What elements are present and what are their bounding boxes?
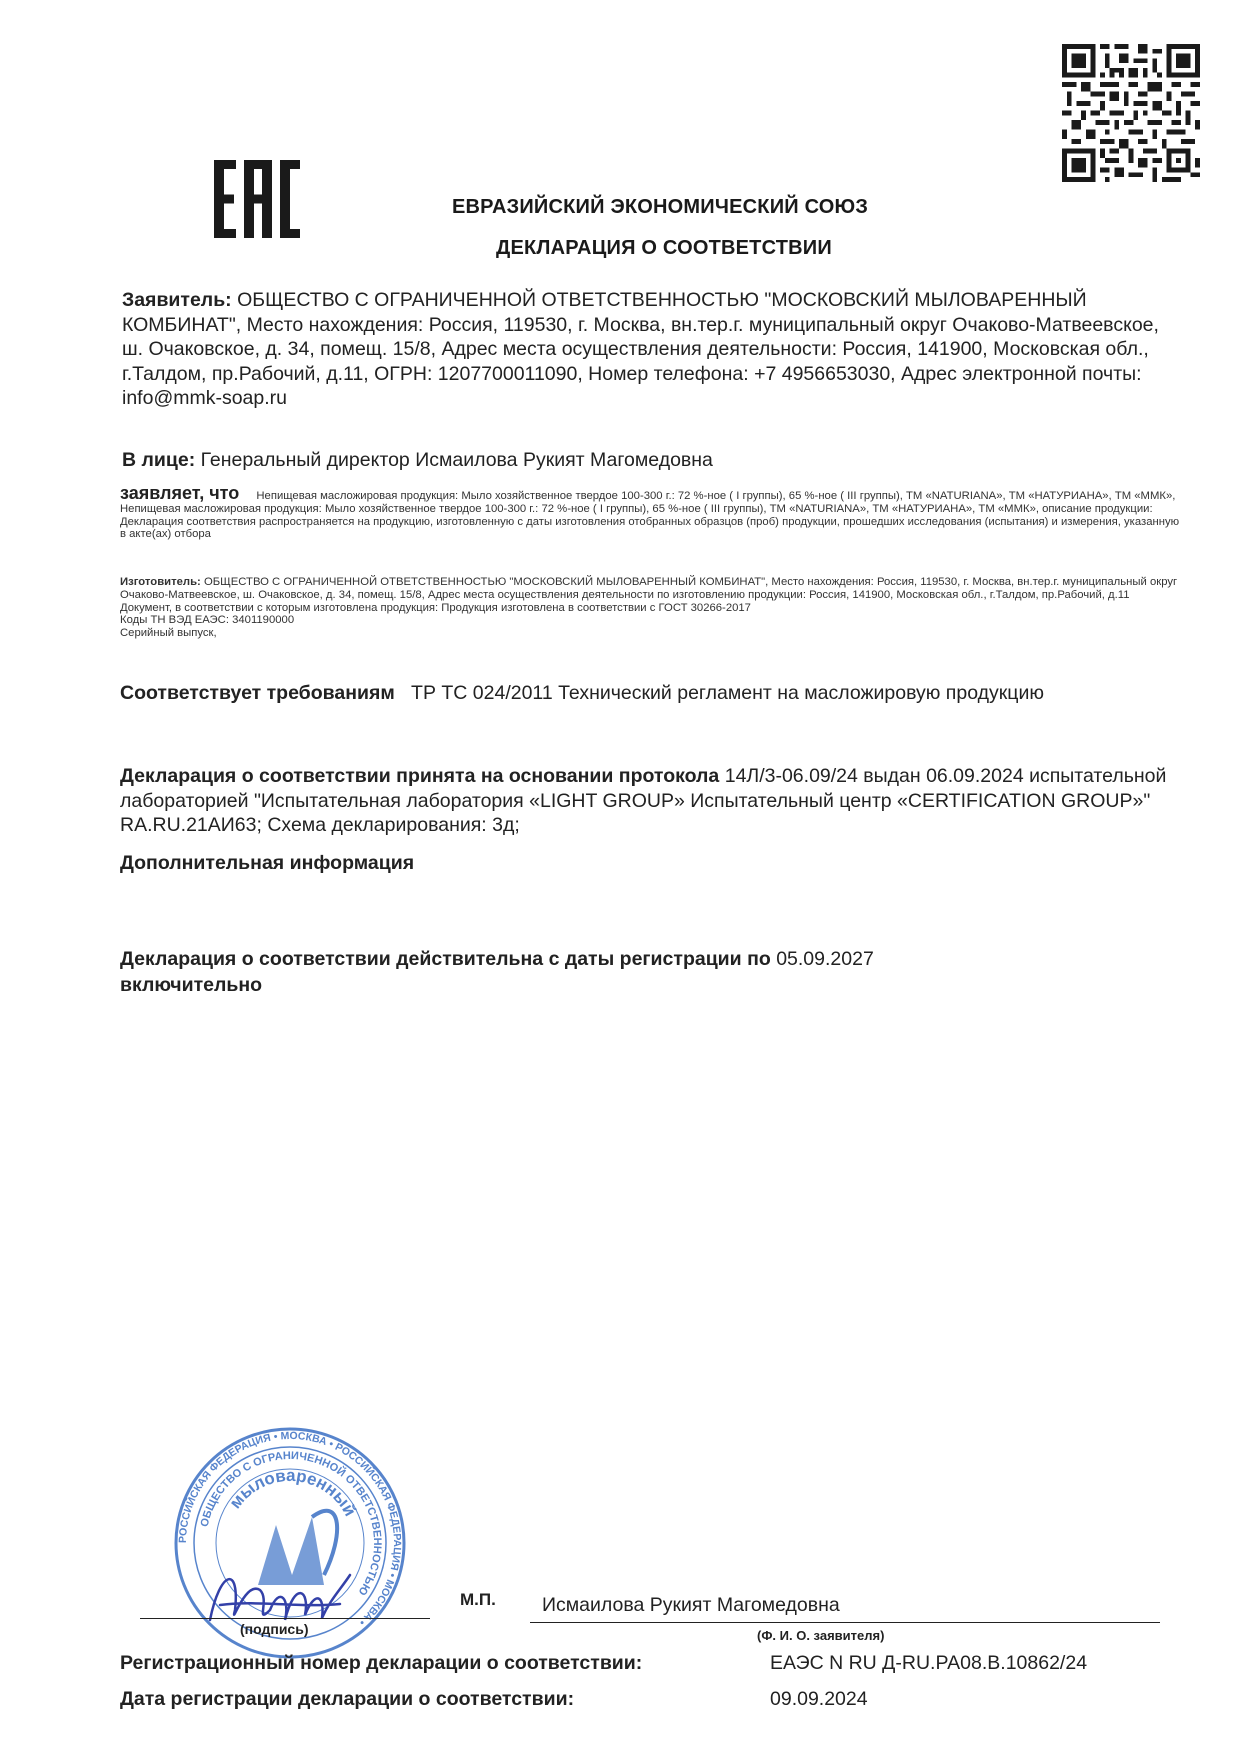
in-person-section: В лице: Генеральный директор Исмаилова Р… bbox=[122, 448, 1162, 473]
validity-section: Декларация о соответствии действительна … bbox=[120, 946, 1120, 998]
registration-date-label: Дата регистрации декларации о соответств… bbox=[120, 1688, 574, 1711]
protocol-label: Декларация о соответствии принята на осн… bbox=[120, 765, 719, 787]
applicant-name-label: (Ф. И. О. заявителя) bbox=[757, 1628, 884, 1643]
in-person-label: В лице: bbox=[122, 449, 195, 471]
qr-code-icon[interactable] bbox=[1062, 44, 1200, 182]
manufacturer-text: ОБЩЕСТВО С ОГРАНИЧЕННОЙ ОТВЕТСТВЕННОСТЬЮ… bbox=[120, 576, 1177, 601]
compliance-text: ТР ТС 024/2011 Технический регламент на … bbox=[411, 682, 1044, 704]
manufacturing-document: Документ, в соответствии с которым изгот… bbox=[120, 602, 1182, 615]
serial-production: Серийный выпуск, bbox=[120, 627, 1182, 640]
declares-section: заявляет, что Непищевая масложировая про… bbox=[120, 487, 1182, 541]
signature-line bbox=[140, 1618, 430, 1619]
applicant-label: Заявитель: bbox=[122, 289, 232, 311]
registration-number: ЕАЭС N RU Д-RU.РА08.В.10862/24 bbox=[770, 1652, 1087, 1675]
name-line bbox=[530, 1622, 1160, 1623]
document-title: ДЕКЛАРАЦИЯ О СООТВЕТСТВИИ bbox=[496, 237, 832, 260]
manufacturer-label: Изготовитель: bbox=[120, 576, 201, 588]
applicant-section: Заявитель: ОБЩЕСТВО С ОГРАНИЧЕННОЙ ОТВЕТ… bbox=[122, 288, 1162, 411]
validity-label: Декларация о соответствии действительна … bbox=[120, 948, 771, 970]
compliance-label: Соответствует требованиям bbox=[120, 682, 395, 704]
registration-number-label: Регистрационный номер декларации о соотв… bbox=[120, 1652, 642, 1675]
declares-label: заявляет, что bbox=[120, 483, 239, 503]
additional-info-heading: Дополнительная информация bbox=[120, 852, 414, 875]
applicant-name: Исмаилова Рукият Магомедовна bbox=[542, 1594, 840, 1617]
validity-date: 05.09.2027 bbox=[776, 948, 874, 970]
seal-place-label: М.П. bbox=[460, 1590, 496, 1610]
registration-date: 09.09.2024 bbox=[770, 1688, 868, 1711]
tn-ved-codes: Коды ТН ВЭД ЕАЭС: 3401190000 bbox=[120, 614, 1182, 627]
signature-label: (подпись) bbox=[240, 1621, 309, 1637]
validity-suffix: включительно bbox=[120, 974, 262, 996]
manufacturer-section: Изготовитель: ОБЩЕСТВО С ОГРАНИЧЕННОЙ ОТ… bbox=[120, 576, 1182, 640]
applicant-text: ОБЩЕСТВО С ОГРАНИЧЕННОЙ ОТВЕТСТВЕННОСТЬЮ… bbox=[122, 289, 1159, 409]
eac-logo-icon bbox=[214, 160, 300, 238]
protocol-section: Декларация о соответствии принята на осн… bbox=[120, 764, 1170, 838]
union-title: ЕВРАЗИЙСКИЙ ЭКОНОМИЧЕСКИЙ СОЮЗ bbox=[452, 196, 868, 219]
compliance-section: Соответствует требованиям ТР ТС 024/2011… bbox=[120, 680, 1160, 706]
in-person-text: Генеральный директор Исмаилова Рукият Ма… bbox=[201, 449, 713, 471]
declares-text: Непищевая масложировая продукция: Мыло х… bbox=[120, 490, 1179, 540]
